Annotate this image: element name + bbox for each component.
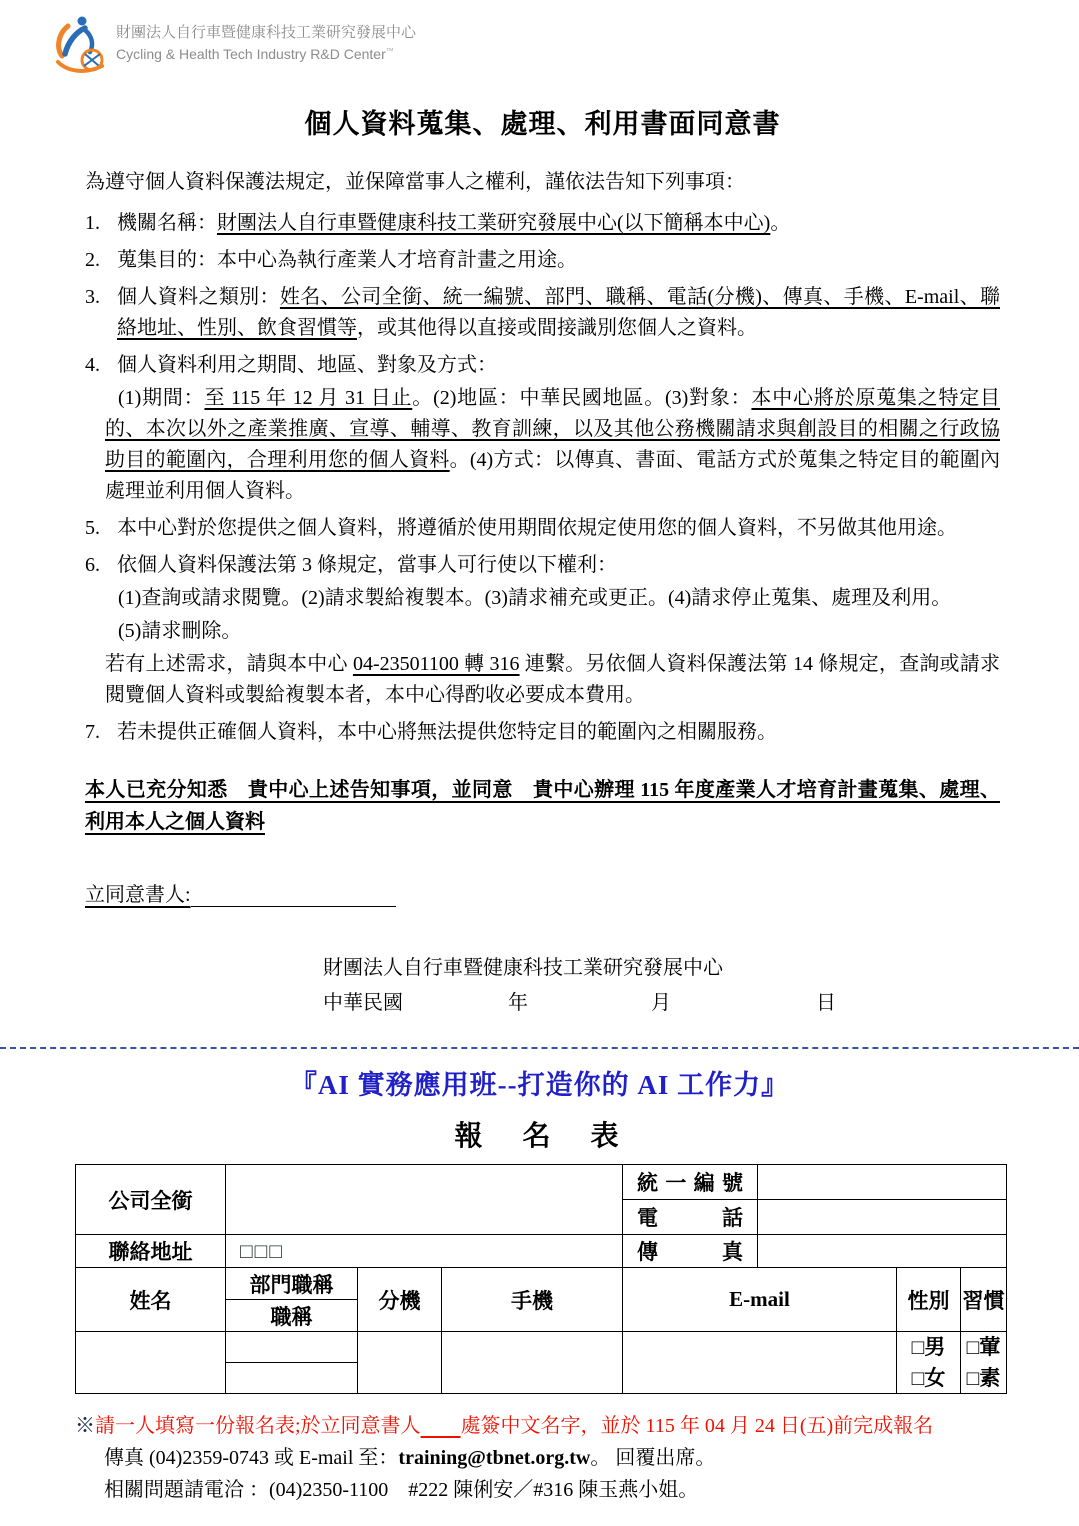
diet-checkboxes: □葷 □素 [961, 1332, 1007, 1394]
consent-item-5: 5. 本中心對於您提供之個人資料，將遵循於使用期間依規定使用您的個人資料，不另做… [85, 513, 1000, 544]
item-text: 依個人資料保護法第 3 條規定，當事人可行使以下權利： [117, 550, 1000, 581]
registration-notes: ※請一人填寫一份報名表;於立同意書人 處簽中文名字，並於 115 年 04 月 … [75, 1410, 1079, 1506]
diet-veg-checkbox[interactable]: □素 [961, 1363, 1006, 1393]
jobtitle-column-header: 職稱 [226, 1300, 358, 1332]
registration-form-title: 報 名 表 [0, 1114, 1079, 1154]
note-fax-email: 傳真 (04)2359-0743 或 E-mail 至：training@tbn… [104, 1442, 1079, 1474]
tax-id-label: 統一編號 [623, 1165, 758, 1200]
item-text: 個人資料之類別：姓名、公司全銜、統一編號、部門、職稱、電話(分機)、傳真、手機、… [117, 282, 1000, 344]
consent-item-4: 4. 個人資料利用之期間、地區、對象及方式： [85, 350, 1000, 381]
extension-column-header: 分機 [358, 1268, 442, 1332]
consent-section: 個人資料蒐集、處理、利用書面同意書 為遵守個人資料保護法規定，並保障當事人之權利… [0, 102, 1079, 1021]
company-name-label: 公司全銜 [76, 1165, 226, 1235]
registration-table: 公司全銜 統一編號 電話 聯絡地址 □□□ 傳真 姓名 部門職稱 分機 手機 E… [75, 1164, 1007, 1394]
attendee-jobtitle-field[interactable] [226, 1363, 358, 1394]
item-text: 機關名稱：財團法人自行車暨健康科技工業研究發展中心(以下簡稱本中心)。 [117, 208, 1000, 239]
org-logo: 財團法人自行車暨健康科技工業研究發展中心 Cycling & Health Te… [52, 14, 1079, 76]
company-name-field[interactable] [226, 1165, 623, 1235]
gender-female-checkbox[interactable]: □女 [897, 1363, 960, 1393]
consent-item-7: 7. 若未提供正確個人資料，本中心將無法提供您特定目的範圍內之相關服務。 [85, 717, 1000, 748]
signer-signature-field[interactable] [191, 885, 396, 907]
item-number: 6. [85, 550, 117, 581]
email-column-header: E-mail [623, 1268, 897, 1332]
item-text: 本中心對於您提供之個人資料，將遵循於使用期間依規定使用您的個人資料，不另做其他用… [117, 513, 1000, 544]
mobile-column-header: 手機 [442, 1268, 623, 1332]
course-title: 『AI 實務應用班--打造你的 AI 工作力』 [0, 1063, 1079, 1102]
date-era: 中華民國 [323, 986, 403, 1021]
gender-male-checkbox[interactable]: □男 [897, 1332, 960, 1362]
signer-row: 立同意書人: [85, 878, 1000, 907]
item-text: 個人資料利用之期間、地區、對象及方式： [117, 350, 1000, 381]
dashed-divider [0, 1047, 1079, 1049]
item-text: 蒐集目的：本中心為執行產業人才培育計畫之用途。 [117, 245, 1000, 276]
consent-item-6-rights-2: (5)請求刪除。 [118, 616, 1000, 647]
date-line: 中華民國 年 月 日 [323, 986, 1000, 1021]
consent-list: 1. 機關名稱：財團法人自行車暨健康科技工業研究發展中心(以下簡稱本中心)。 2… [85, 208, 1000, 748]
consent-item-6-rights: (1)查詢或請求閱覽。(2)請求製給複製本。(3)請求補充或更正。(4)請求停止… [118, 583, 1000, 614]
attendee-email-field[interactable] [623, 1332, 897, 1394]
phone-label: 電話 [623, 1200, 758, 1235]
note-deadline: ※請一人填寫一份報名表;於立同意書人 處簽中文名字，並於 115 年 04 月 … [75, 1410, 1079, 1442]
consent-item-4-detail: (1)期間：至 115 年 12 月 31 日止。(2)地區：中華民國地區。(3… [105, 383, 1000, 507]
org-name-en: Cycling & Health Tech Industry R&D Cente… [116, 44, 416, 64]
diet-column-header: 習慣 [961, 1268, 1007, 1332]
cyclist-logo-icon [52, 14, 108, 76]
note-contact: 相關問題請電洽 ：(04)2350-1100 #222 陳俐安／#316 陳玉燕… [104, 1474, 1079, 1506]
document-page: 財團法人自行車暨健康科技工業研究發展中心 Cycling & Health Te… [0, 0, 1079, 1526]
attendee-name-field[interactable] [76, 1332, 226, 1394]
consent-item-1: 1. 機關名稱：財團法人自行車暨健康科技工業研究發展中心(以下簡稱本中心)。 [85, 208, 1000, 239]
org-signature-block: 財團法人自行車暨健康科技工業研究發展中心 中華民國 年 月 日 [323, 951, 1000, 1021]
fax-field[interactable] [758, 1235, 1007, 1268]
date-month-label: 月 [651, 986, 671, 1021]
item-number: 4. [85, 350, 117, 381]
signer-label: 立同意書人: [85, 884, 191, 906]
consent-item-6: 6. 依個人資料保護法第 3 條規定，當事人可行使以下權利： [85, 550, 1000, 581]
item-number: 2. [85, 245, 117, 276]
department-column-header: 部門職稱 [226, 1268, 358, 1300]
registration-section: 『AI 實務應用班--打造你的 AI 工作力』 報 名 表 公司全銜 統一編號 … [0, 1063, 1079, 1506]
org-name-zh: 財團法人自行車暨健康科技工業研究發展中心 [116, 22, 416, 44]
item-number: 1. [85, 208, 117, 239]
address-field[interactable]: □□□ [226, 1235, 623, 1268]
tax-id-field[interactable] [758, 1165, 1007, 1200]
item-number: 5. [85, 513, 117, 544]
date-day-label: 日 [816, 986, 836, 1021]
item-text: 若未提供正確個人資料，本中心將無法提供您特定目的範圍內之相關服務。 [117, 717, 1000, 748]
org-logo-text: 財團法人自行車暨健康科技工業研究發展中心 Cycling & Health Te… [116, 22, 416, 64]
address-label: 聯絡地址 [76, 1235, 226, 1268]
attendee-extension-field[interactable] [358, 1332, 442, 1394]
consent-item-6-contact: 若有上述需求，請與本中心 04-23501100 轉 316 連繫。另依個人資料… [105, 649, 1000, 711]
date-year-label: 年 [508, 986, 528, 1021]
trademark-mark: ™ [386, 46, 394, 55]
consent-title: 個人資料蒐集、處理、利用書面同意書 [85, 102, 1000, 141]
item-number: 3. [85, 282, 117, 344]
fax-label: 傳真 [623, 1235, 758, 1268]
consent-intro: 為遵守個人資料保護法規定，並保障當事人之權利，謹依法告知下列事項： [85, 167, 1000, 198]
org-line: 財團法人自行車暨健康科技工業研究發展中心 [323, 951, 1000, 986]
consent-statement: 本人已充分知悉 貴中心上述告知事項，並同意 貴中心辦理 115 年度產業人才培育… [85, 774, 1000, 838]
phone-field[interactable] [758, 1200, 1007, 1235]
attendee-mobile-field[interactable] [442, 1332, 623, 1394]
item-number: 7. [85, 717, 117, 748]
gender-column-header: 性別 [897, 1268, 961, 1332]
diet-meat-checkbox[interactable]: □葷 [961, 1332, 1006, 1362]
gender-checkboxes: □男 □女 [897, 1332, 961, 1394]
consent-item-3: 3. 個人資料之類別：姓名、公司全銜、統一編號、部門、職稱、電話(分機)、傳真、… [85, 282, 1000, 344]
consent-item-2: 2. 蒐集目的：本中心為執行產業人才培育計畫之用途。 [85, 245, 1000, 276]
attendee-department-field[interactable] [226, 1332, 358, 1363]
name-column-header: 姓名 [76, 1268, 226, 1332]
